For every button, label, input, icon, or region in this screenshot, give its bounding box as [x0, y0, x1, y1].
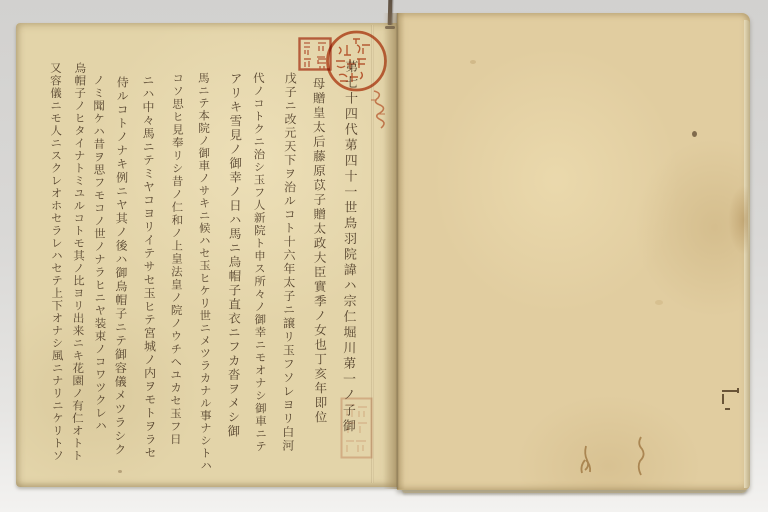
text-column-9: 侍ルコトノナキ例ニヤ其ノ後ハ御烏帽子ニテ御容儀メツラシク	[112, 76, 132, 457]
bracket-ink-mark	[714, 382, 748, 416]
text-column-2: 母贈皇太后藤原苡子贈太政大臣實季ノ女也丁亥年即位	[309, 77, 329, 425]
text-column-1: 苐七十四代苐四十一世鳥羽院諱ハ宗仁堀川苐一ノ子御	[338, 60, 360, 435]
binding-thread	[388, 0, 393, 25]
round-seal-icon	[325, 29, 388, 93]
faint-square-seal-icon	[340, 397, 373, 459]
text-column-6: 馬ニテ本院ノ御車ノサキニ候ハセ玉ヒケリ世ニメツラカナル事ナシトハ	[196, 72, 214, 472]
photo-background: 苐七十四代苐四十一世鳥羽院諱ハ宗仁堀川苐一ノ子御 母贈皇太后藤原苡子贈太政大臣實…	[0, 0, 768, 512]
text-column-11: 烏帽子ノヒタイナトミユルコトモ其ノ比ヨリ出来ニキ花園ノ有仁オトト	[70, 62, 89, 462]
paper-speck	[470, 60, 476, 64]
binding-stitch	[385, 26, 395, 29]
paper-speck	[118, 470, 122, 473]
text-column-3: 戊子ニ改元天下ヲ治ルコト十六年太子ニ譲リ玉フソレヨリ白河	[280, 72, 300, 453]
text-column-5: アリキ雪見ノ御幸ノ日ハ馬ニ烏帽子直衣ニフカ沓ヲメシ御	[224, 72, 245, 439]
right-page	[397, 13, 750, 490]
ink-dot-mark	[692, 131, 697, 137]
text-column-4: 代ノコトクニ治シ玉フ人新院ト申ス所々ノ御幸ニモオナシ御車ニテ	[251, 72, 269, 453]
text-column-8: ニハ中々馬ニテミヤコヨリイテサセ玉ヒテ宮城ノ内ヲモトヲラセ	[140, 74, 159, 460]
text-column-7: コソ思ヒ見奉リシ昔ノ仁和ノ上皇法皇ノ院ノウチヘユカセ玉フ日	[168, 72, 187, 446]
stain-mark-1	[577, 444, 595, 486]
paper-speck	[655, 300, 663, 305]
stain-mark-2	[633, 435, 647, 479]
edge-stain	[728, 185, 748, 255]
text-column-12: 又容儀ニモ人ニスクレオホセラレハセテ上下オナシ風ニナリニケリトソ	[48, 62, 66, 462]
book-gutter	[383, 13, 405, 489]
text-column-10: ノミ聞ケハ昔ヲ思フモコノ世ノナラヒニヤ装束ノコワツクレハ	[91, 74, 109, 432]
